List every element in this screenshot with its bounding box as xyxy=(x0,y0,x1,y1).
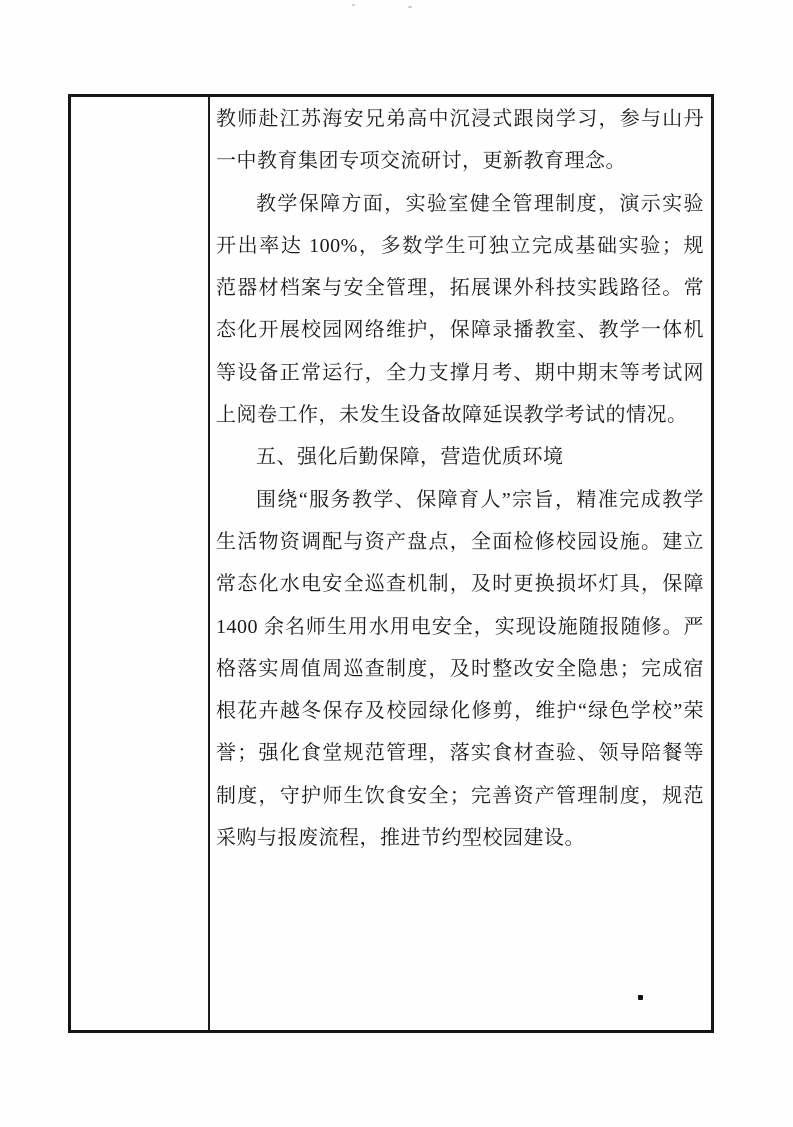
text-line: 上阅卷工作，未发生设备故障延误教学考试的情况。 xyxy=(216,394,704,436)
text-line: 教学保障方面，实验室健全管理制度，演示实验 xyxy=(216,183,704,225)
text-line: 格落实周值周巡查制度，及时整改安全隐患；完成宿 xyxy=(216,648,704,690)
scan-noise-speck xyxy=(408,6,412,8)
scan-speck-dot xyxy=(638,995,643,1000)
text-line: 教师赴江苏海安兄弟高中沉浸式跟岗学习，参与山丹 xyxy=(216,98,704,140)
text-line: 五、强化后勤保障，营造优质环境 xyxy=(216,436,704,478)
report-table: 教师赴江苏海安兄弟高中沉浸式跟岗学习，参与山丹一中教育集团专项交流研讨，更新教育… xyxy=(68,94,714,1033)
text-line: 范器材档案与安全管理，拓展课外科技实践路径。常 xyxy=(216,267,704,309)
text-line: 开出率达 100%，多数学生可独立完成基础实验；规 xyxy=(216,225,704,267)
text-line: 制度，守护师生饮食安全；完善资产管理制度，规范 xyxy=(216,775,704,817)
scan-noise-speck xyxy=(352,4,355,6)
text-line: 生活物资调配与资产盘点，全面检修校园设施。建立 xyxy=(216,521,704,563)
scanned-page: 教师赴江苏海安兄弟高中沉浸式跟岗学习，参与山丹一中教育集团专项交流研讨，更新教育… xyxy=(0,0,793,1127)
text-line: 誉；强化食堂规范管理，落实食材查验、领导陪餐等 xyxy=(216,732,704,774)
table-left-cell xyxy=(71,97,210,1030)
content-lines: 教师赴江苏海安兄弟高中沉浸式跟岗学习，参与山丹一中教育集团专项交流研讨，更新教育… xyxy=(216,98,704,859)
text-line: 一中教育集团专项交流研讨，更新教育理念。 xyxy=(216,140,704,182)
text-line: 根花卉越冬保存及校园绿化修剪，维护“绿色学校”荣 xyxy=(216,690,704,732)
text-line: 围绕“服务教学、保障育人”宗旨，精准完成教学 xyxy=(216,479,704,521)
text-line: 常态化水电安全巡查机制，及时更换损坏灯具，保障 xyxy=(216,563,704,605)
text-line: 态化开展校园网络维护，保障录播教室、教学一体机 xyxy=(216,309,704,351)
text-line: 采购与报废流程，推进节约型校园建设。 xyxy=(216,817,704,859)
text-line: 等设备正常运行，全力支撑月考、期中期末等考试网 xyxy=(216,352,704,394)
text-line: 1400 余名师生用水用电安全，实现设施随报随修。严 xyxy=(216,606,704,648)
table-content-cell: 教师赴江苏海安兄弟高中沉浸式跟岗学习，参与山丹一中教育集团专项交流研讨，更新教育… xyxy=(210,97,711,1030)
